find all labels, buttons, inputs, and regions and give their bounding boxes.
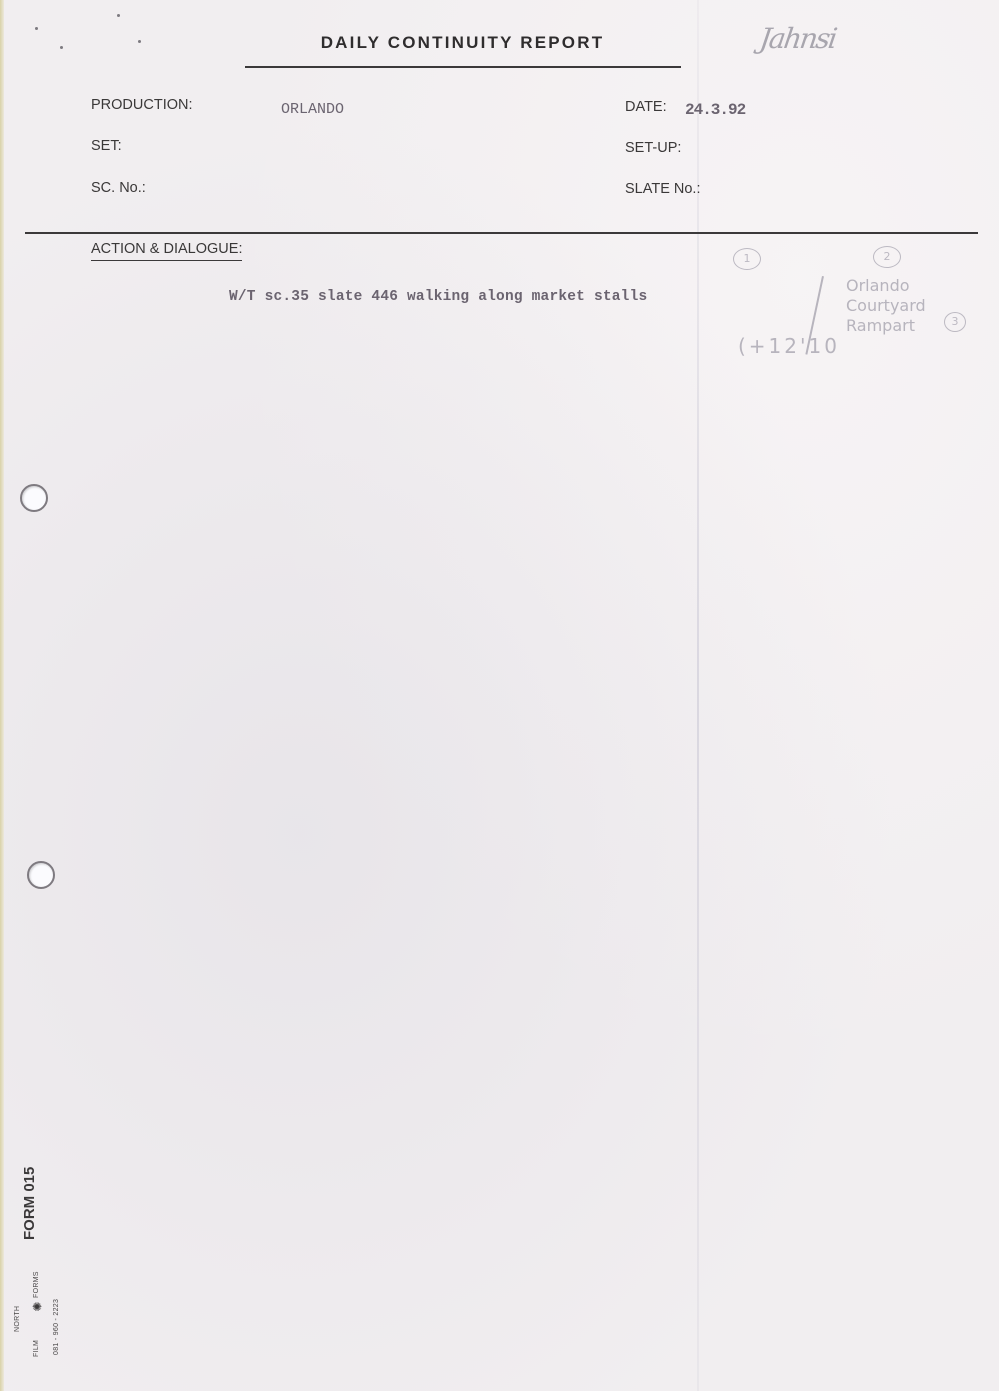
paper-edge [0, 0, 4, 1391]
pencil-circle-1: 1 [733, 248, 761, 270]
punch-hole-upper [20, 484, 48, 512]
pencil-circle-2: 2 [873, 246, 901, 268]
publisher-film: FILM [33, 1340, 40, 1357]
slate-no-label: SLATE No.: [625, 181, 700, 197]
publisher-phone: 081 - 960 - 2223 [53, 1299, 60, 1355]
production-value[interactable]: ORLANDO [281, 101, 344, 118]
compass-rose-icon: ✺ [31, 1301, 43, 1313]
form-number: FORM 015 [21, 1167, 38, 1240]
paper-background [0, 0, 999, 1391]
pencil-note-line-2: Courtyard [846, 296, 926, 315]
date-value[interactable]: 24.3.92 [685, 101, 745, 119]
section-divider [25, 232, 978, 234]
paper-speck [60, 46, 63, 49]
pencil-timing-note: (+12'10 [738, 337, 840, 356]
publisher-forms: FORMS [33, 1271, 40, 1298]
report-title: DAILY CONTINUITY REPORT [245, 33, 680, 53]
action-dialogue-label: ACTION & DIALOGUE: [91, 241, 242, 261]
production-label: PRODUCTION: [91, 97, 193, 113]
set-label: SET: [91, 138, 122, 154]
paper-speck [138, 40, 141, 43]
punch-hole-lower [27, 861, 55, 889]
pencil-circle-3: 3 [944, 312, 966, 332]
action-dialogue-text[interactable]: W/T sc.35 slate 446 walking along market… [229, 289, 647, 305]
date-label: DATE: [625, 99, 667, 115]
fold-crease [697, 0, 699, 1391]
title-underline [245, 66, 681, 68]
paper-speck [117, 14, 120, 17]
publisher-north: NORTH [14, 1306, 21, 1332]
sc-no-label: SC. No.: [91, 180, 146, 196]
setup-label: SET-UP: [625, 140, 681, 156]
pencil-note-line-1: Orlando [846, 276, 910, 295]
handwritten-signature: Jahnsi [758, 22, 838, 55]
pencil-note-line-3: Rampart [846, 316, 915, 335]
paper-speck [35, 27, 38, 30]
